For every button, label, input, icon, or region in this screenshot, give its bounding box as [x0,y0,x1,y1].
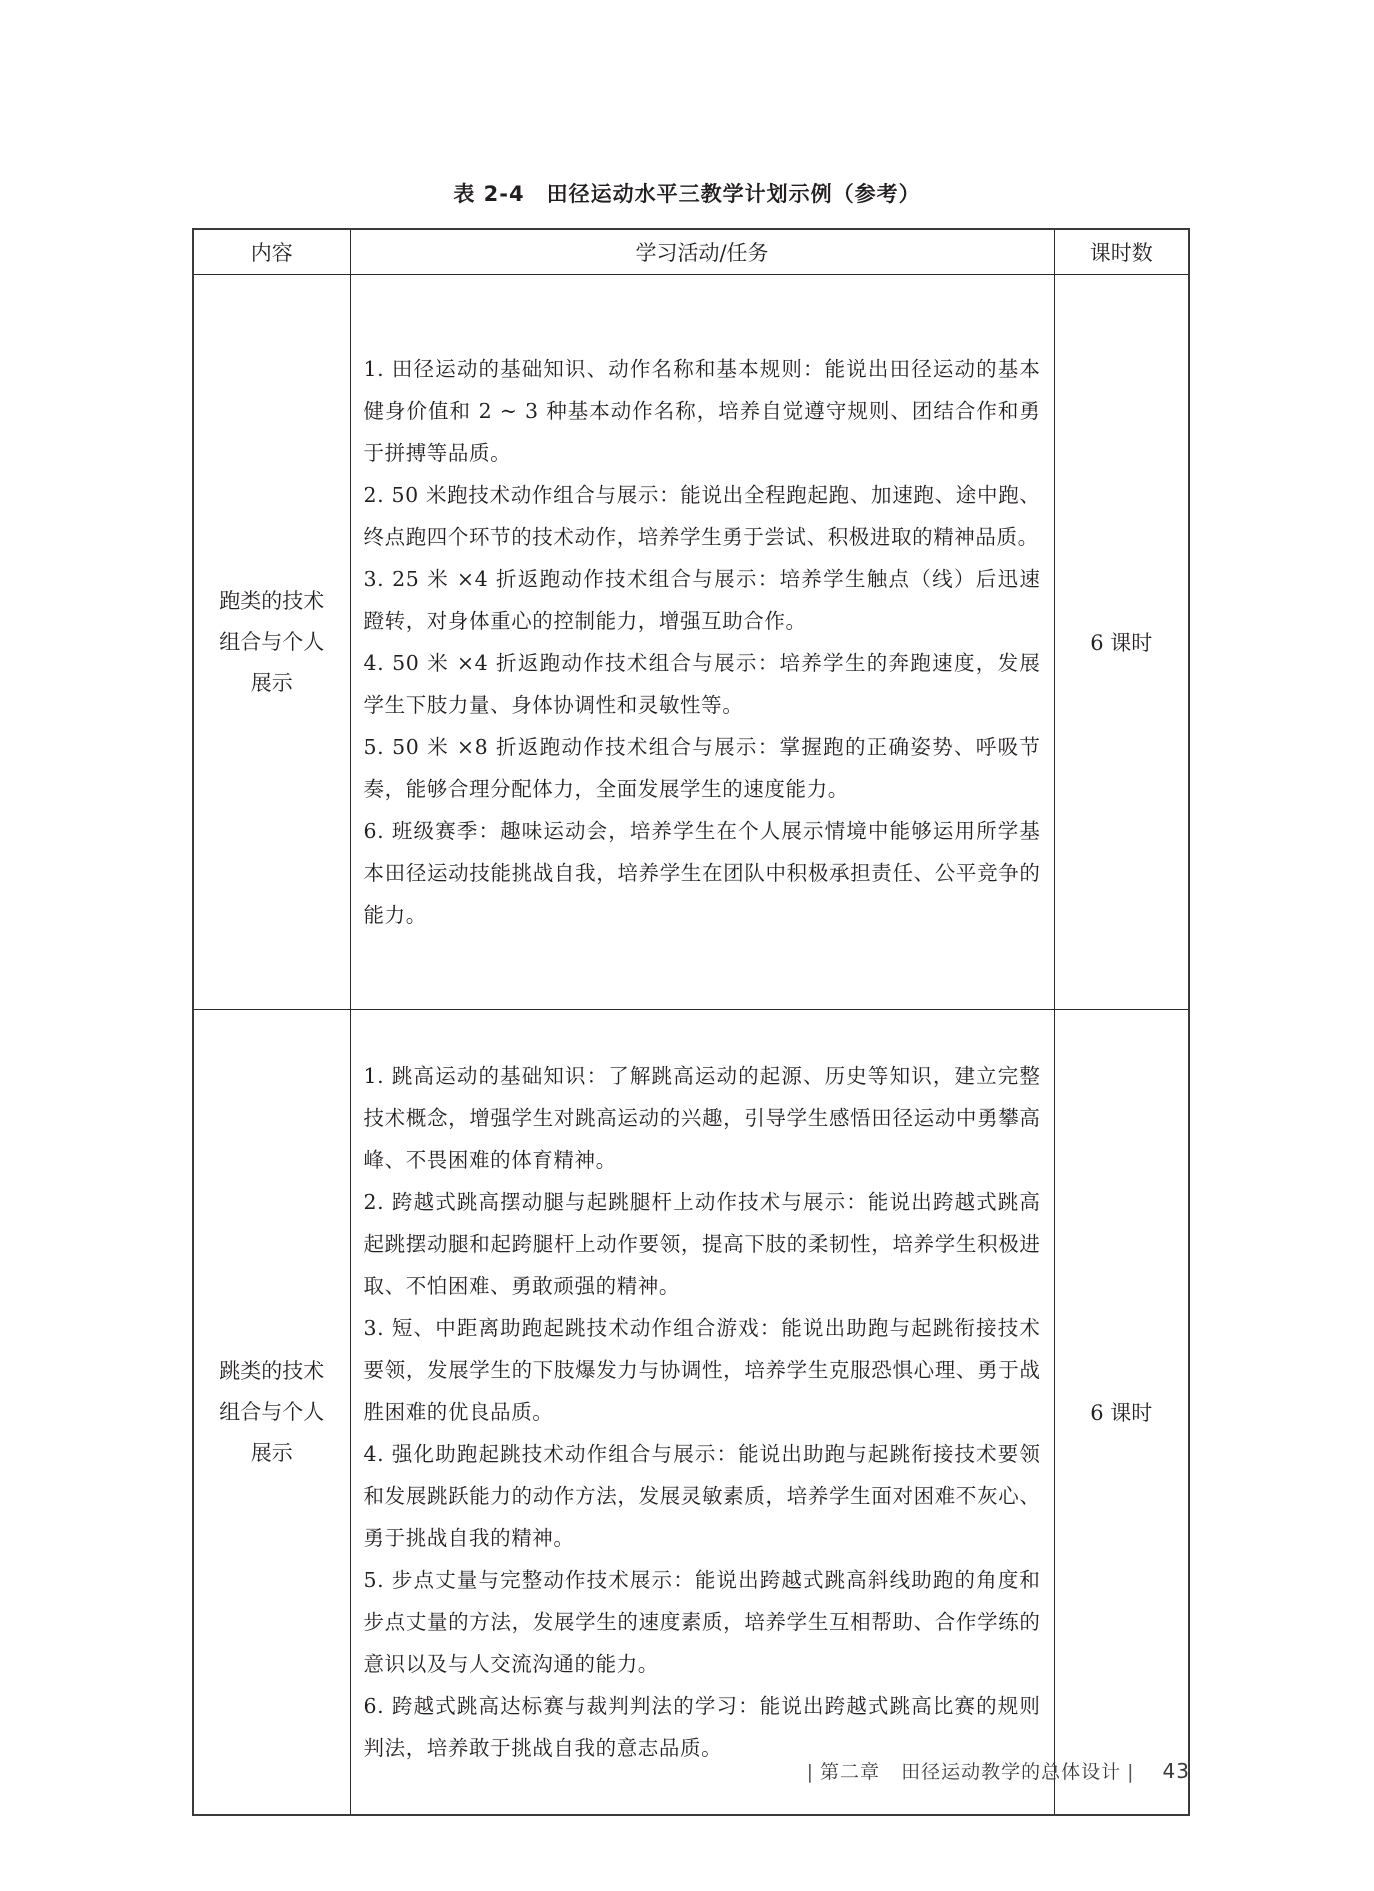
divider: | [807,1761,814,1783]
content-line: 跑类的技术 [202,581,342,622]
hours-cell: 6 课时 [1054,275,1189,1010]
content-line: 展示 [202,1433,342,1474]
table-row: 跳类的技术 组合与个人 展示 1. 跳高运动的基础知识：了解跳高运动的起源、历史… [193,1010,1189,1816]
content-line: 组合与个人 [202,1392,342,1433]
table-header-row: 内容 学习活动/任务 课时数 [193,229,1189,275]
task-item: 1. 田径运动的基础知识、动作名称和基本规则：能说出田径运动的基本健身价值和 2… [364,348,1041,474]
task-item: 2. 跨越式跳高摆动腿与起跳腿杆上动作技术与展示：能说出跨越式跳高起跳摆动腿和起… [364,1181,1041,1307]
task-item: 1. 跳高运动的基础知识：了解跳高运动的起源、历史等知识，建立完整技术概念，增强… [364,1055,1041,1181]
header-content: 内容 [193,229,350,275]
teaching-plan-table: 内容 学习活动/任务 课时数 跑类的技术 组合与个人 展示 1. 田径运动的基础… [192,228,1190,1816]
page-number: 43 [1163,1759,1190,1783]
chapter-title: 田径运动教学的总体设计 [901,1761,1121,1783]
table-caption: 表 2-4田径运动水平三教学计划示例（参考） [0,178,1374,208]
content-line: 展示 [202,663,342,704]
content-line: 跳类的技术 [202,1351,342,1392]
content-cell: 跳类的技术 组合与个人 展示 [193,1010,350,1816]
table-title: 田径运动水平三教学计划示例（参考） [547,182,921,206]
table-number: 表 2-4 [453,182,524,206]
task-item: 5. 步点丈量与完整动作技术展示：能说出跨越式跳高斜线助跑的角度和步点丈量的方法… [364,1559,1041,1685]
chapter-label: 第二章 [820,1761,880,1783]
task-item: 4. 50 米 ×4 折返跑动作技术组合与展示：培养学生的奔跑速度，发展学生下肢… [364,642,1041,726]
hours-cell: 6 课时 [1054,1010,1189,1816]
task-item: 5. 50 米 ×8 折返跑动作技术组合与展示：掌握跑的正确姿势、呼吸节奏，能够… [364,726,1041,810]
content-cell: 跑类的技术 组合与个人 展示 [193,275,350,1010]
task-item: 4. 强化助跑起跳技术动作组合与展示：能说出助跑与起跳衔接技术要领和发展跳跃能力… [364,1433,1041,1559]
table-row: 跑类的技术 组合与个人 展示 1. 田径运动的基础知识、动作名称和基本规则：能说… [193,275,1189,1010]
task-item: 6. 班级赛季：趣味运动会，培养学生在个人展示情境中能够运用所学基本田径运动技能… [364,810,1041,936]
tasks-cell: 1. 田径运动的基础知识、动作名称和基本规则：能说出田径运动的基本健身价值和 2… [350,275,1054,1010]
tasks-cell: 1. 跳高运动的基础知识：了解跳高运动的起源、历史等知识，建立完整技术概念，增强… [350,1010,1054,1816]
page-footer: |第二章 田径运动教学的总体设计|43 [801,1757,1190,1784]
divider: | [1127,1761,1134,1783]
task-item: 3. 25 米 ×4 折返跑动作技术组合与展示：培养学生触点（线）后迅速蹬转，对… [364,558,1041,642]
header-hours: 课时数 [1054,229,1189,275]
header-activities: 学习活动/任务 [350,229,1054,275]
task-item: 3. 短、中距离助跑起跳技术动作组合游戏：能说出助跑与起跳衔接技术要领，发展学生… [364,1307,1041,1433]
content-line: 组合与个人 [202,622,342,663]
task-item: 2. 50 米跑技术动作组合与展示：能说出全程跑起跑、加速跑、途中跑、终点跑四个… [364,474,1041,558]
